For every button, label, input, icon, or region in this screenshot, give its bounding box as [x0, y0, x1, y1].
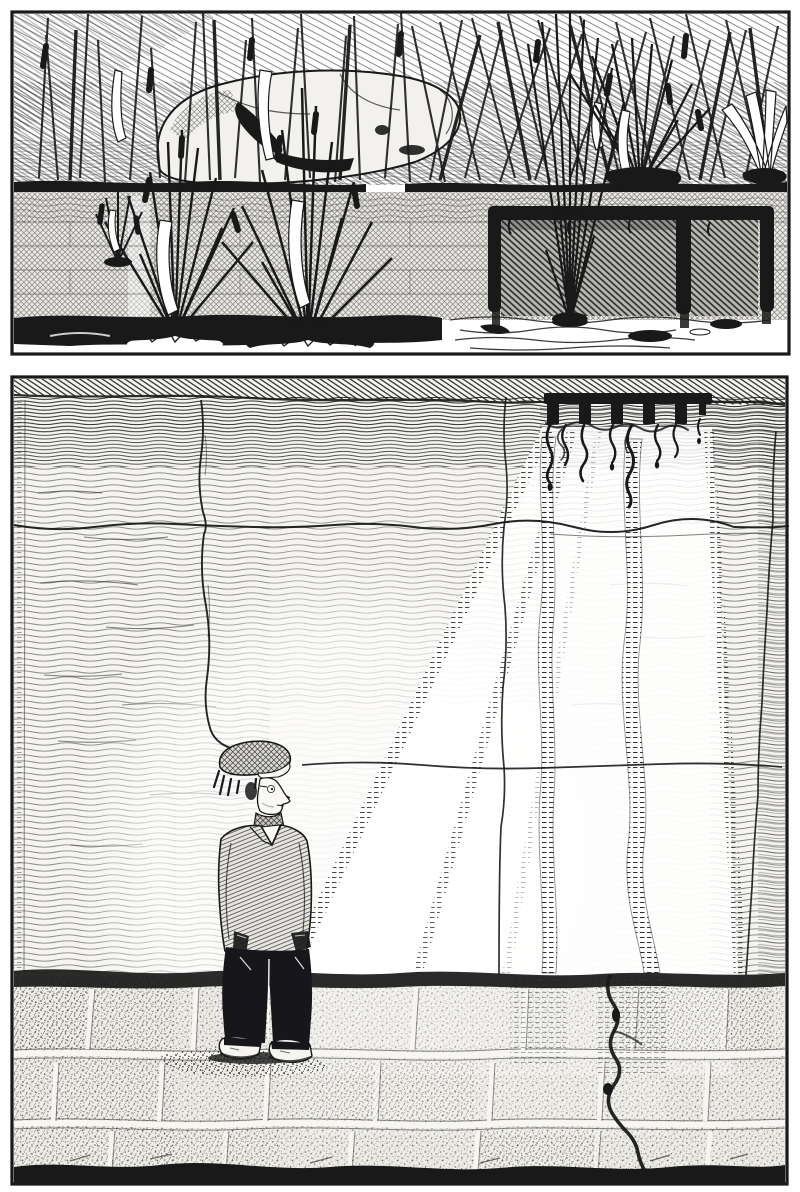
panel-1-artwork: [10, 10, 791, 356]
paved-floor: [14, 969, 785, 1183]
panel-2: [10, 375, 789, 1186]
panel-2-artwork: [10, 375, 789, 1186]
comic-page: [0, 0, 800, 1192]
panel-1: [10, 10, 791, 356]
drain-lintel: [488, 206, 774, 220]
drain-outfalls: [488, 206, 774, 316]
